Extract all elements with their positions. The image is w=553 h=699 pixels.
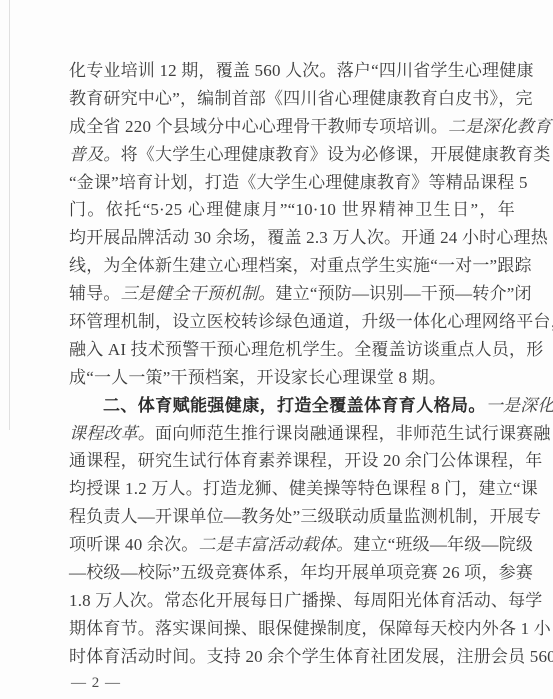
- text-run: 辅导。: [69, 284, 121, 303]
- text-run: 1.8 万人次。常态化开展每日广播操、每周阳光体育活动、每学: [69, 591, 543, 610]
- text-line: 教育研究中心”，编制首部《四川省心理健康教育白皮书》，完: [69, 85, 515, 113]
- text-run: 项听课 40 余次。: [69, 535, 199, 554]
- text-line: 成全省 220 个县域分中心心理骨干教师专项培训。二是深化教育: [69, 113, 515, 141]
- text-line: 成“一人一策”干预档案，开设家长心理课堂 8 期。: [69, 364, 515, 392]
- text-run: —校级—校际”五级竞赛体系，年均开展单项竞赛 26 项，参赛: [69, 563, 533, 582]
- text-line: 通课程，研究生试行体育素养课程，开设 20 余门公体课程，年: [69, 447, 515, 475]
- text-run: 成全省 220 个县域分中心心理骨干教师专项培训。: [69, 117, 448, 136]
- text-line: 融入 AI 技术预警干预心理危机学生。全覆盖访谈重点人员，形: [69, 336, 515, 364]
- page-number: — 2 —: [71, 673, 121, 693]
- text-line: 时体育活动时间。支持 20 余个学生体育社团发展，注册会员 5600: [69, 643, 515, 671]
- text-line: “金课”培育计划，打造《大学生心理健康教育》等精品课程 5: [69, 169, 515, 197]
- text-run: 建立“预防—识别—干预—转介”闭: [275, 284, 531, 303]
- text-run: 均开展品牌活动 30 余场，覆盖 2.3 万人次。开通 24 小时心理热: [69, 228, 548, 247]
- text-run: 环管理机制，设立医校转诊绿色通道，升级一体化心理网络平台，: [69, 312, 553, 331]
- text-line: 项听课 40 余次。二是丰富活动载体。建立“班级—年级—院级: [69, 531, 515, 559]
- text-run: 均授课 1.2 万人。打造龙狮、健美操等特色课程 8 门，建立“课: [69, 479, 538, 498]
- text-line: 普及。将《大学生心理健康教育》设为必修课，开展健康教育类: [69, 141, 515, 169]
- document-page: 化专业培训 12 期，覆盖 560 人次。落户“四川省学生心理健康教育研究中心”…: [0, 0, 553, 699]
- text-line: 辅导。三是健全干预机制。建立“预防—识别—干预—转介”闭: [69, 280, 515, 308]
- text-line: 程负责人—开课单位—教务处”三级联动质量监测机制，开展专: [69, 503, 515, 531]
- text-run: 通课程，研究生试行体育素养课程，开设 20 余门公体课程，年: [69, 451, 543, 470]
- text-run: 二是丰富活动载体。: [199, 535, 354, 554]
- text-line: 课程改革。面向师范生推行课岗融通课程，非师范生试行课赛融: [69, 420, 515, 448]
- text-run: 门。依托“5·25 心理健康月”“10·10 世界精神卫生日”，年: [69, 200, 515, 219]
- text-line: 二、体育赋能强健康，打造全覆盖体育育人格局。一是深化: [69, 392, 515, 420]
- text-run: 建立“班级—年级—院级: [353, 535, 533, 554]
- text-line: —校级—校际”五级竞赛体系，年均开展单项竞赛 26 项，参赛: [69, 559, 515, 587]
- text-run: 化专业培训 12 期，覆盖 560 人次。落户“四川省学生心理健康: [69, 61, 534, 80]
- text-run: 教育研究中心”，编制首部《四川省心理健康教育白皮书》，完: [69, 89, 533, 108]
- text-line: 1.8 万人次。常态化开展每日广播操、每周阳光体育活动、每学: [69, 587, 515, 615]
- text-run: 普及。: [69, 145, 121, 164]
- text-run: 课程改革。: [69, 424, 155, 443]
- text-run: 成“一人一策”干预档案，开设家长心理课堂 8 期。: [69, 368, 446, 387]
- text-run: 将《大学生心理健康教育》设为必修课，开展健康教育类: [121, 145, 551, 164]
- text-run: 二、体育赋能强健康，打造全覆盖体育育人格局。: [103, 396, 486, 415]
- text-run: 线，为全体新生建立心理档案，对重点学生实施“一对一”跟踪: [69, 256, 532, 275]
- text-line: 均开展品牌活动 30 余场，覆盖 2.3 万人次。开通 24 小时心理热: [69, 224, 515, 252]
- text-run: 面向师范生推行课岗融通课程，非师范生试行课赛融: [155, 424, 551, 443]
- scan-edge-artifact: [9, 0, 10, 430]
- text-line: 环管理机制，设立医校转诊绿色通道，升级一体化心理网络平台，: [69, 308, 515, 336]
- text-run: 一是深化: [486, 396, 553, 415]
- text-run: “金课”培育计划，打造《大学生心理健康教育》等精品课程 5: [69, 173, 528, 192]
- text-line: 期体育节。落实课间操、眼保健操制度，保障每天校内外各 1 小: [69, 615, 515, 643]
- text-line: 线，为全体新生建立心理档案，对重点学生实施“一对一”跟踪: [69, 252, 515, 280]
- text-run: 二是深化教育: [448, 117, 551, 136]
- text-run: 期体育节。落实课间操、眼保健操制度，保障每天校内外各 1 小: [69, 619, 551, 638]
- text-line: 均授课 1.2 万人。打造龙狮、健美操等特色课程 8 门，建立“课: [69, 475, 515, 503]
- text-run: 融入 AI 技术预警干预心理危机学生。全覆盖访谈重点人员，形: [69, 340, 543, 359]
- text-line: 门。依托“5·25 心理健康月”“10·10 世界精神卫生日”，年: [69, 196, 515, 224]
- document-body: 化专业培训 12 期，覆盖 560 人次。落户“四川省学生心理健康教育研究中心”…: [69, 57, 515, 671]
- text-run: 三是健全干预机制。: [121, 284, 276, 303]
- text-run: 程负责人—开课单位—教务处”三级联动质量监测机制，开展专: [69, 507, 541, 526]
- text-line: 化专业培训 12 期，覆盖 560 人次。落户“四川省学生心理健康: [69, 57, 515, 85]
- text-run: 时体育活动时间。支持 20 余个学生体育社团发展，注册会员 5600: [69, 647, 553, 666]
